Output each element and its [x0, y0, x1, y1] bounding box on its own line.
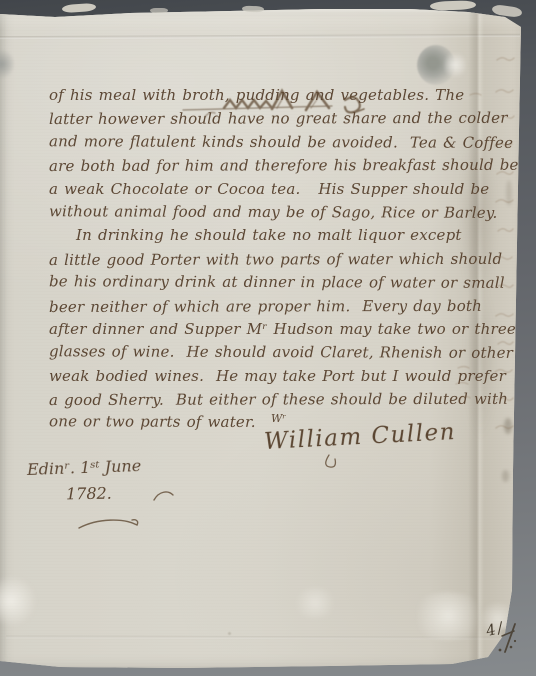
letter-page: of his meal with broth, pudding and vege…: [0, 0, 536, 676]
torn-edge-fragment: [242, 6, 264, 13]
torn-edge-fragment: [430, 0, 476, 11]
torn-edge-fragment: [62, 3, 96, 13]
photo-vignette: [0, 0, 536, 676]
torn-edge-fragment: [150, 8, 168, 13]
manuscript-photo: of his meal with broth, pudding and vege…: [0, 0, 536, 676]
